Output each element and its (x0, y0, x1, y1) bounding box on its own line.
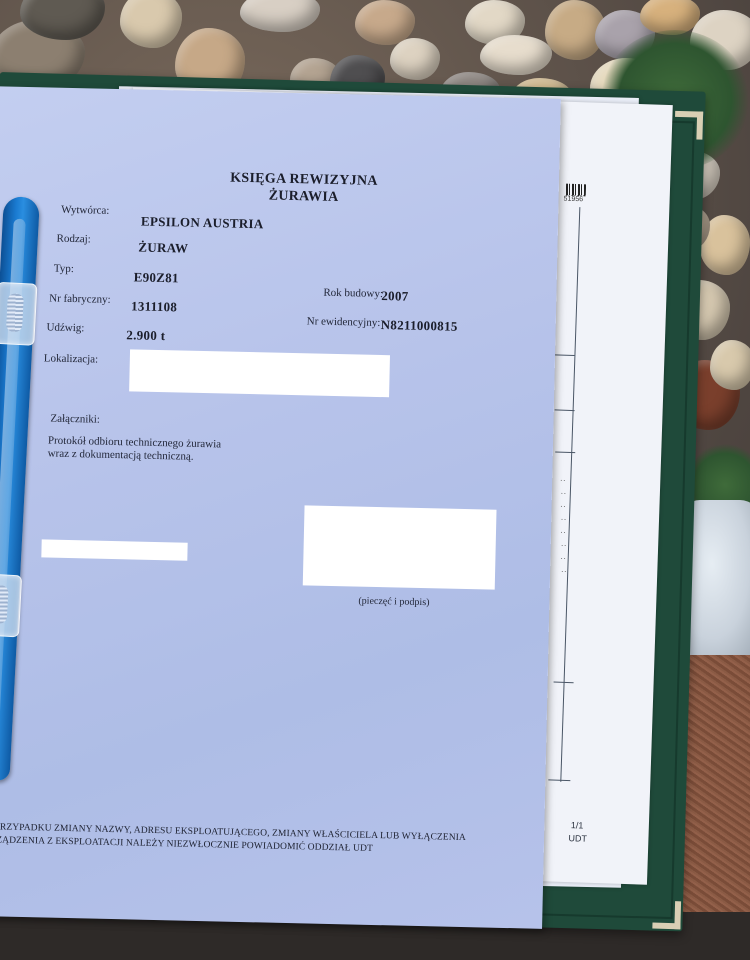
location-label: Lokalizacja: (44, 352, 99, 365)
stamp-caption: (pieczęć i podpis) (358, 595, 429, 610)
folder-corner-protector (652, 901, 681, 930)
kind-label: Rodzaj: (56, 233, 90, 246)
serial-number-value: 1311108 (131, 298, 178, 315)
redacted-field (41, 539, 187, 560)
folder-corner-protector (674, 111, 703, 140)
form-dots: .. (560, 474, 566, 483)
binder-clip (0, 573, 22, 637)
manufacturer-label: Wytwórca: (61, 204, 109, 217)
form-dots: .. (561, 513, 567, 522)
attachments-line-2: wraz z dokumentacją techniczną. (48, 447, 194, 463)
document-footer: W PRZYPADKU ZMIANY NAZWY, ADRESU EKSPLOA… (0, 821, 466, 858)
location-redacted (129, 349, 390, 397)
build-year-label: Rok budowy: (323, 287, 383, 300)
form-dots: .. (561, 552, 567, 561)
form-dots: .. (561, 565, 567, 574)
registration-number-label: Nr ewidencyjny: (307, 315, 381, 329)
stamp-signature-redacted (303, 505, 497, 589)
capacity-value: 2.900 t (126, 327, 165, 344)
type-label: Typ: (54, 263, 74, 275)
document-title: KSIĘGA REWIZYJNA ŻURAWIA (183, 169, 424, 208)
back-footer-fragment: UDT (568, 833, 587, 844)
form-dots: .. (560, 526, 566, 535)
capacity-label: Udźwig: (46, 321, 84, 334)
manufacturer-value: EPSILON AUSTRIA (141, 214, 264, 233)
attachments-label: Załączniki: (50, 413, 100, 427)
form-dots: .. (561, 487, 567, 496)
form-dots: .. (561, 539, 567, 548)
kind-value: ŻURAW (138, 240, 188, 257)
front-page: KSIĘGA REWIZYJNA ŻURAWIA Wytwórca: EPSIL… (0, 86, 561, 929)
registration-number-value: N8211000815 (380, 317, 457, 335)
serial-number-label: Nr fabryczny: (49, 292, 111, 305)
type-value: E90Z81 (134, 269, 180, 286)
barcode-number: 51956 (563, 196, 583, 204)
form-dots: .. (560, 500, 566, 509)
binder-clip (0, 282, 37, 346)
page-indicator: 1/1 (571, 820, 584, 830)
build-year-value: 2007 (381, 288, 409, 305)
barcode-icon (566, 184, 586, 197)
